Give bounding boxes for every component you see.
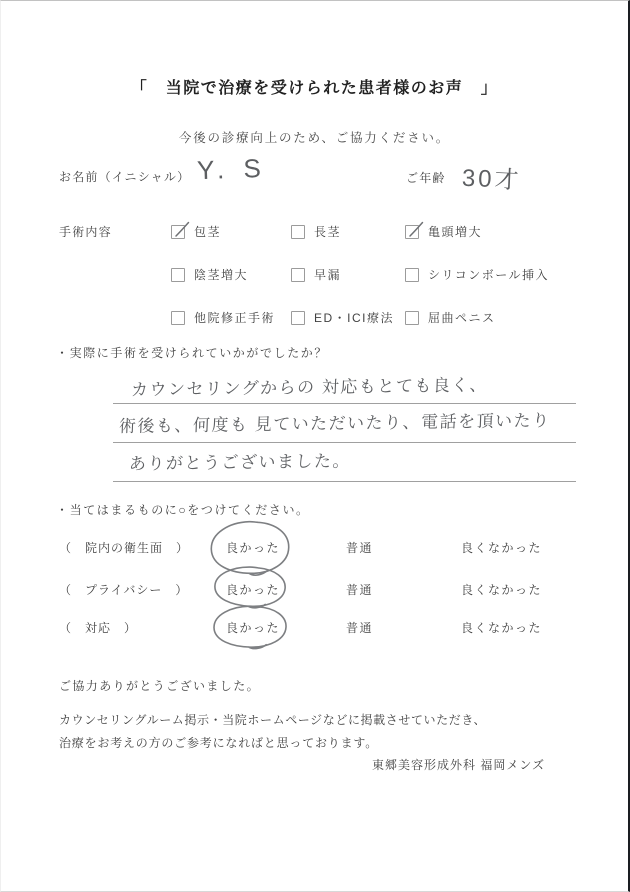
checkbox-label: シリコンボール挿入 (428, 266, 549, 283)
name-value-handwritten: Y. S (196, 153, 267, 186)
rating-option-bad[interactable]: 良くなかった (461, 619, 542, 636)
surgery-option-kitou-zoudai[interactable]: 亀頭増大 (405, 223, 482, 240)
surgery-option-kukkyoku-penis[interactable]: 屈曲ペニス (405, 309, 496, 326)
checkbox-icon[interactable] (291, 268, 305, 282)
checkbox-label: 包茎 (194, 223, 221, 240)
checkbox-icon[interactable] (171, 311, 185, 325)
checkbox-label: 屈曲ペニス (428, 309, 496, 326)
surgery-option-ed-ici[interactable]: ED・ICI療法 (291, 309, 394, 326)
surgery-row-2: 陰茎増大 早漏 シリコンボール挿入 (171, 266, 601, 286)
rating-row-privacy: （ プライバシー ） 良かった 普通 良くなかった (1, 581, 628, 601)
handwritten-answer-line-1: カウンセリングからの 対応もとても良く、 (131, 370, 489, 400)
checkbox-icon[interactable] (291, 311, 305, 325)
rating-row-label: （ 院内の衛生面 ） (59, 539, 189, 556)
experience-question: ・実際に手術を受けられていかがでしたか？ (56, 346, 328, 362)
page-title: 「 当院で治療を受けられた患者様のお声 」 (1, 75, 628, 98)
rating-row-response: （ 対応 ） 良かった 普通 良くなかった (1, 619, 628, 639)
checkbox-label: 早漏 (314, 266, 341, 283)
rating-option-normal[interactable]: 普通 (346, 581, 373, 598)
age-label: ご年齢 (406, 171, 446, 187)
rating-option-good[interactable]: 良かった (226, 539, 280, 556)
surgery-option-sourou[interactable]: 早漏 (291, 266, 341, 283)
rating-option-normal[interactable]: 普通 (346, 539, 373, 556)
checkbox-label: 長茎 (314, 223, 341, 240)
answer-rule-line (113, 481, 576, 482)
handwritten-answer-line-3: ありがとうございました。 (129, 446, 352, 474)
rating-option-bad[interactable]: 良くなかった (461, 539, 542, 556)
checkbox-label: 陰茎増大 (194, 266, 248, 283)
clinic-name: 東郷美容形成外科 福岡メンズ (372, 758, 545, 774)
handwritten-answer-line-2: 術後も、何度も 見ていただいたり、電話を頂いたり (119, 406, 552, 437)
rating-row-label: （ プライバシー ） (59, 581, 188, 598)
rating-row-label: （ 対応 ） (59, 619, 137, 636)
footer-note-line-1: カウンセリングルーム掲示・当院ホームページなどに掲載させていただき、 (59, 713, 486, 729)
rating-option-bad[interactable]: 良くなかった (461, 581, 542, 598)
checkbox-icon[interactable] (405, 225, 419, 239)
surgery-row-3: 他院修正手術 ED・ICI療法 屈曲ペニス (171, 309, 601, 329)
surgery-row-1: 包茎 長茎 亀頭増大 (171, 223, 601, 243)
surgery-option-houkei[interactable]: 包茎 (171, 223, 221, 240)
answer-rule-line (113, 403, 576, 404)
checkbox-icon[interactable] (171, 268, 185, 282)
age-value-handwritten: 30才 (461, 158, 522, 196)
rating-row-hygiene: （ 院内の衛生面 ） 良かった 普通 良くなかった (1, 539, 628, 559)
checkbox-label: ED・ICI療法 (314, 309, 394, 326)
surgery-option-choukei[interactable]: 長茎 (291, 223, 341, 240)
checkbox-icon[interactable] (171, 225, 185, 239)
footer-thanks: ご協力ありがとうございました。 (59, 679, 260, 695)
surgery-option-inkei-zoudai[interactable]: 陰茎増大 (171, 266, 248, 283)
rating-option-normal[interactable]: 普通 (346, 619, 373, 636)
checkbox-label: 他院修正手術 (194, 309, 275, 326)
checkbox-label: 亀頭増大 (428, 223, 482, 240)
rating-instruction: ・当てはまるものに○をつけてください。 (56, 503, 310, 519)
surgery-section-label: 手術内容 (59, 225, 112, 241)
rating-option-good[interactable]: 良かった (226, 581, 280, 598)
page-subtitle: 今後の診療向上のため、ご協力ください。 (1, 128, 628, 146)
checkbox-icon[interactable] (291, 225, 305, 239)
checkbox-icon[interactable] (405, 311, 419, 325)
footer-note-line-2: 治療をお考えの方のご参考になればと思っております。 (59, 736, 378, 752)
surgery-option-tain-shuusei[interactable]: 他院修正手術 (171, 309, 275, 326)
answer-rule-line (113, 442, 576, 443)
checkbox-icon[interactable] (405, 268, 419, 282)
name-label: お名前（イニシャル） (59, 170, 190, 186)
surgery-option-silicone-ball[interactable]: シリコンボール挿入 (405, 266, 549, 283)
scanned-feedback-form: 「 当院で治療を受けられた患者様のお声 」 今後の診療向上のため、ご協力ください… (0, 0, 630, 892)
rating-option-good[interactable]: 良かった (226, 619, 280, 636)
